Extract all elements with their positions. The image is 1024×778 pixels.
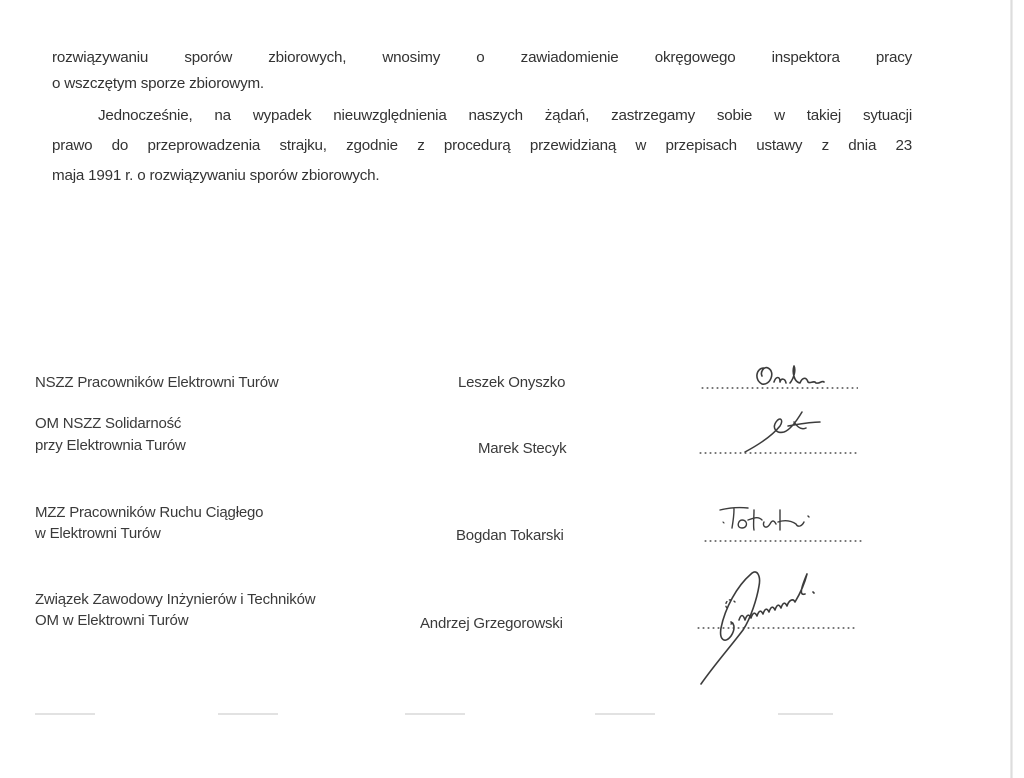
organization-name: w Elektrowni Turów [35, 525, 161, 542]
signatory-name: Marek Stecyk [478, 440, 566, 457]
paragraph-line: rozwiązywaniu sporów zbiorowych, wnosimy… [52, 49, 912, 66]
handwritten-signature-grzegorowski [695, 552, 915, 692]
organization-name: przy Elektrownia Turów [35, 437, 186, 454]
handwritten-signature-tokarski [718, 502, 848, 538]
organization-name: OM w Elektrowni Turów [35, 612, 188, 629]
scan-artifact [218, 713, 278, 715]
paragraph-line: maja 1991 r. o rozwiązywaniu sporów zbio… [52, 167, 379, 184]
scan-artifact [35, 713, 95, 715]
organization-name: OM NSZZ Solidarność [35, 415, 181, 432]
scan-artifact [595, 713, 655, 715]
organization-name: Związek Zawodowy Inżynierów i Techników [35, 591, 315, 608]
paragraph-line: prawo do przeprowadzenia strajku, zgodni… [52, 137, 912, 154]
organization-name: MZZ Pracowników Ruchu Ciągłego [35, 504, 263, 521]
scan-artifact [778, 713, 833, 715]
signatory-name: Andrzej Grzegorowski [420, 615, 563, 632]
page-edge-shadow [1010, 0, 1013, 778]
handwritten-signature-onyszko [750, 362, 860, 392]
handwritten-signature-stecyk [740, 400, 850, 460]
organization-name: NSZZ Pracowników Elektrowni Turów [35, 374, 278, 391]
paragraph-line: Jednocześnie, na wypadek nieuwzględnieni… [52, 107, 912, 124]
paragraph-line: o wszczętym sporze zbiorowym. [52, 75, 264, 92]
scan-artifact [405, 713, 465, 715]
signatory-name: Leszek Onyszko [458, 374, 565, 391]
scanned-document-page: rozwiązywaniu sporów zbiorowych, wnosimy… [0, 0, 1024, 778]
signatory-name: Bogdan Tokarski [456, 527, 564, 544]
signature-line [703, 540, 863, 542]
